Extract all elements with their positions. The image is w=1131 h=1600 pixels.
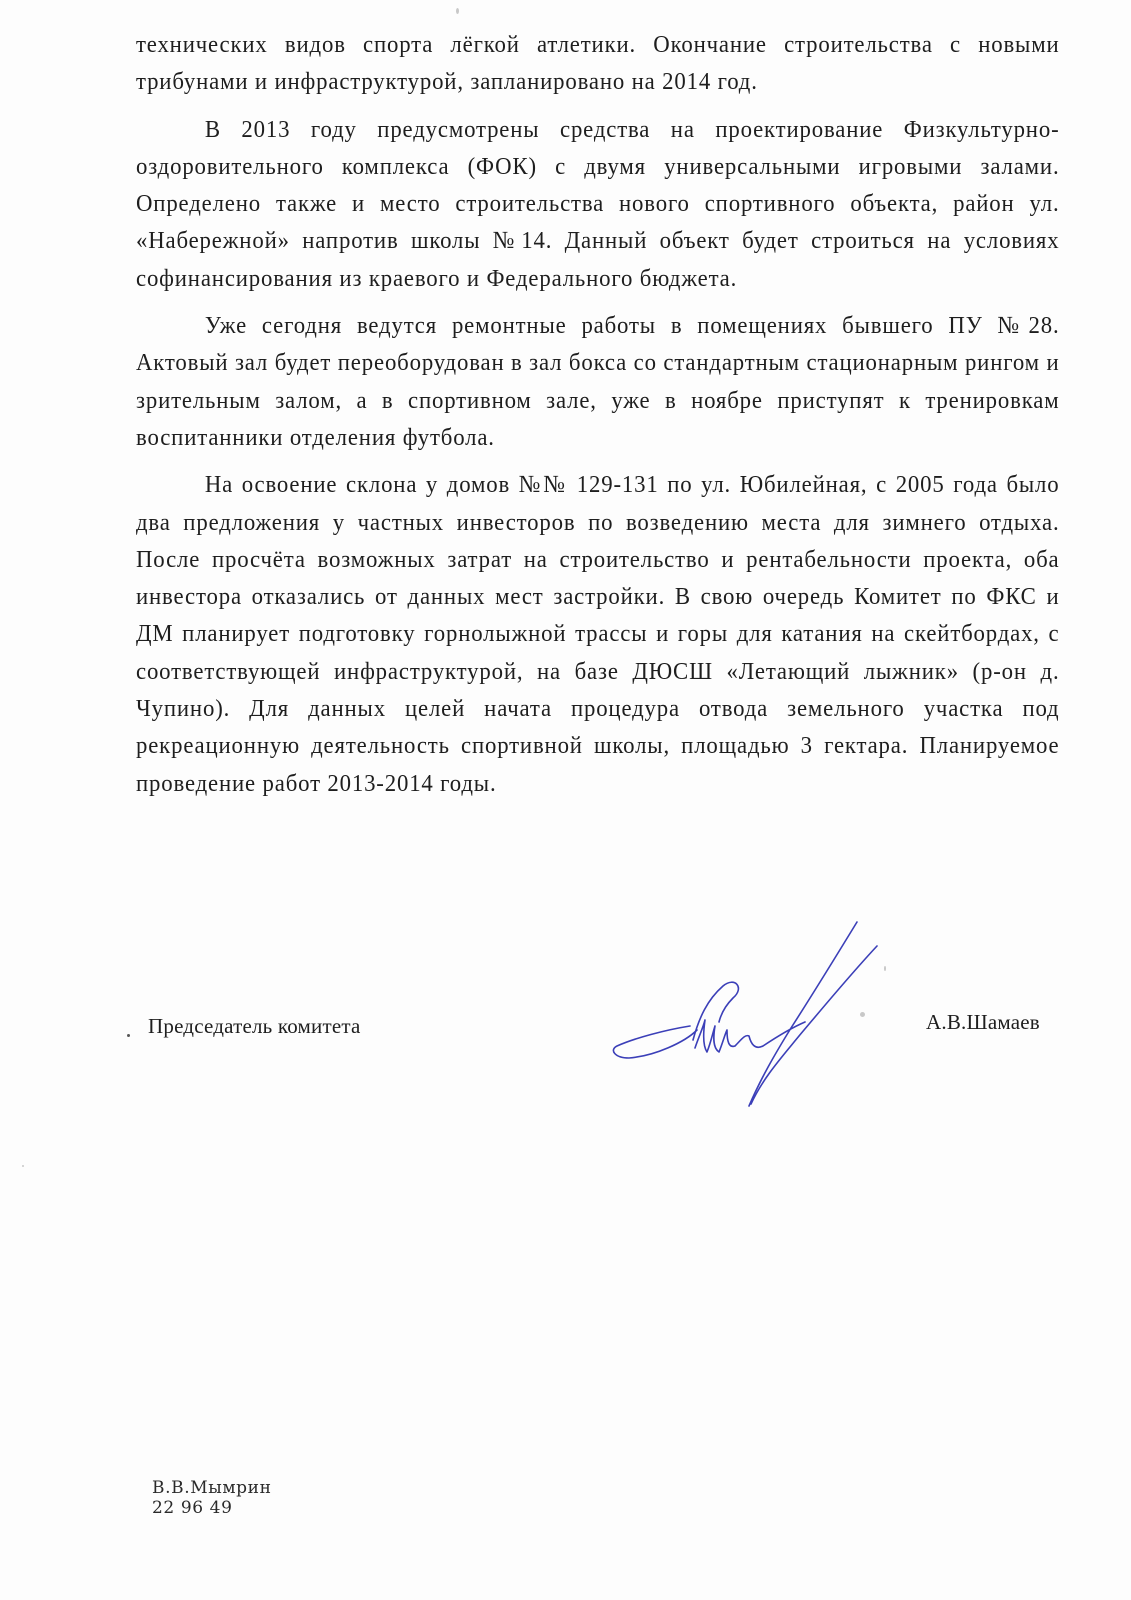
signature-block: Председатель комитета А.В.Шамаев — [0, 1008, 1131, 1048]
executor-name: В.В.Мымрин — [152, 1478, 272, 1498]
executor-contact: В.В.Мымрин 22 96 49 — [152, 1478, 272, 1518]
paragraph-ski-slope: На освоение склона у домов №№ 129-131 по… — [136, 466, 1059, 802]
paragraph-continuation: технических видов спорта лёгкой атлетики… — [136, 26, 1059, 101]
scan-speck — [456, 8, 459, 14]
scan-speck — [860, 1012, 865, 1017]
document-page: технических видов спорта лёгкой атлетики… — [0, 0, 1131, 1600]
scan-speck — [127, 1034, 130, 1037]
signatory-name: А.В.Шамаев — [926, 1010, 1040, 1035]
paragraph-fok-project: В 2013 году предусмотрены средства на пр… — [136, 111, 1059, 297]
executor-phone: 22 96 49 — [152, 1498, 272, 1518]
paragraph-pu28-renovation: Уже сегодня ведутся ремонтные работы в п… — [136, 307, 1059, 456]
scan-speck — [22, 1165, 24, 1167]
scan-speck — [884, 966, 886, 971]
signatory-title: Председатель комитета — [148, 1014, 361, 1039]
document-body: технических видов спорта лёгкой атлетики… — [136, 26, 1059, 802]
